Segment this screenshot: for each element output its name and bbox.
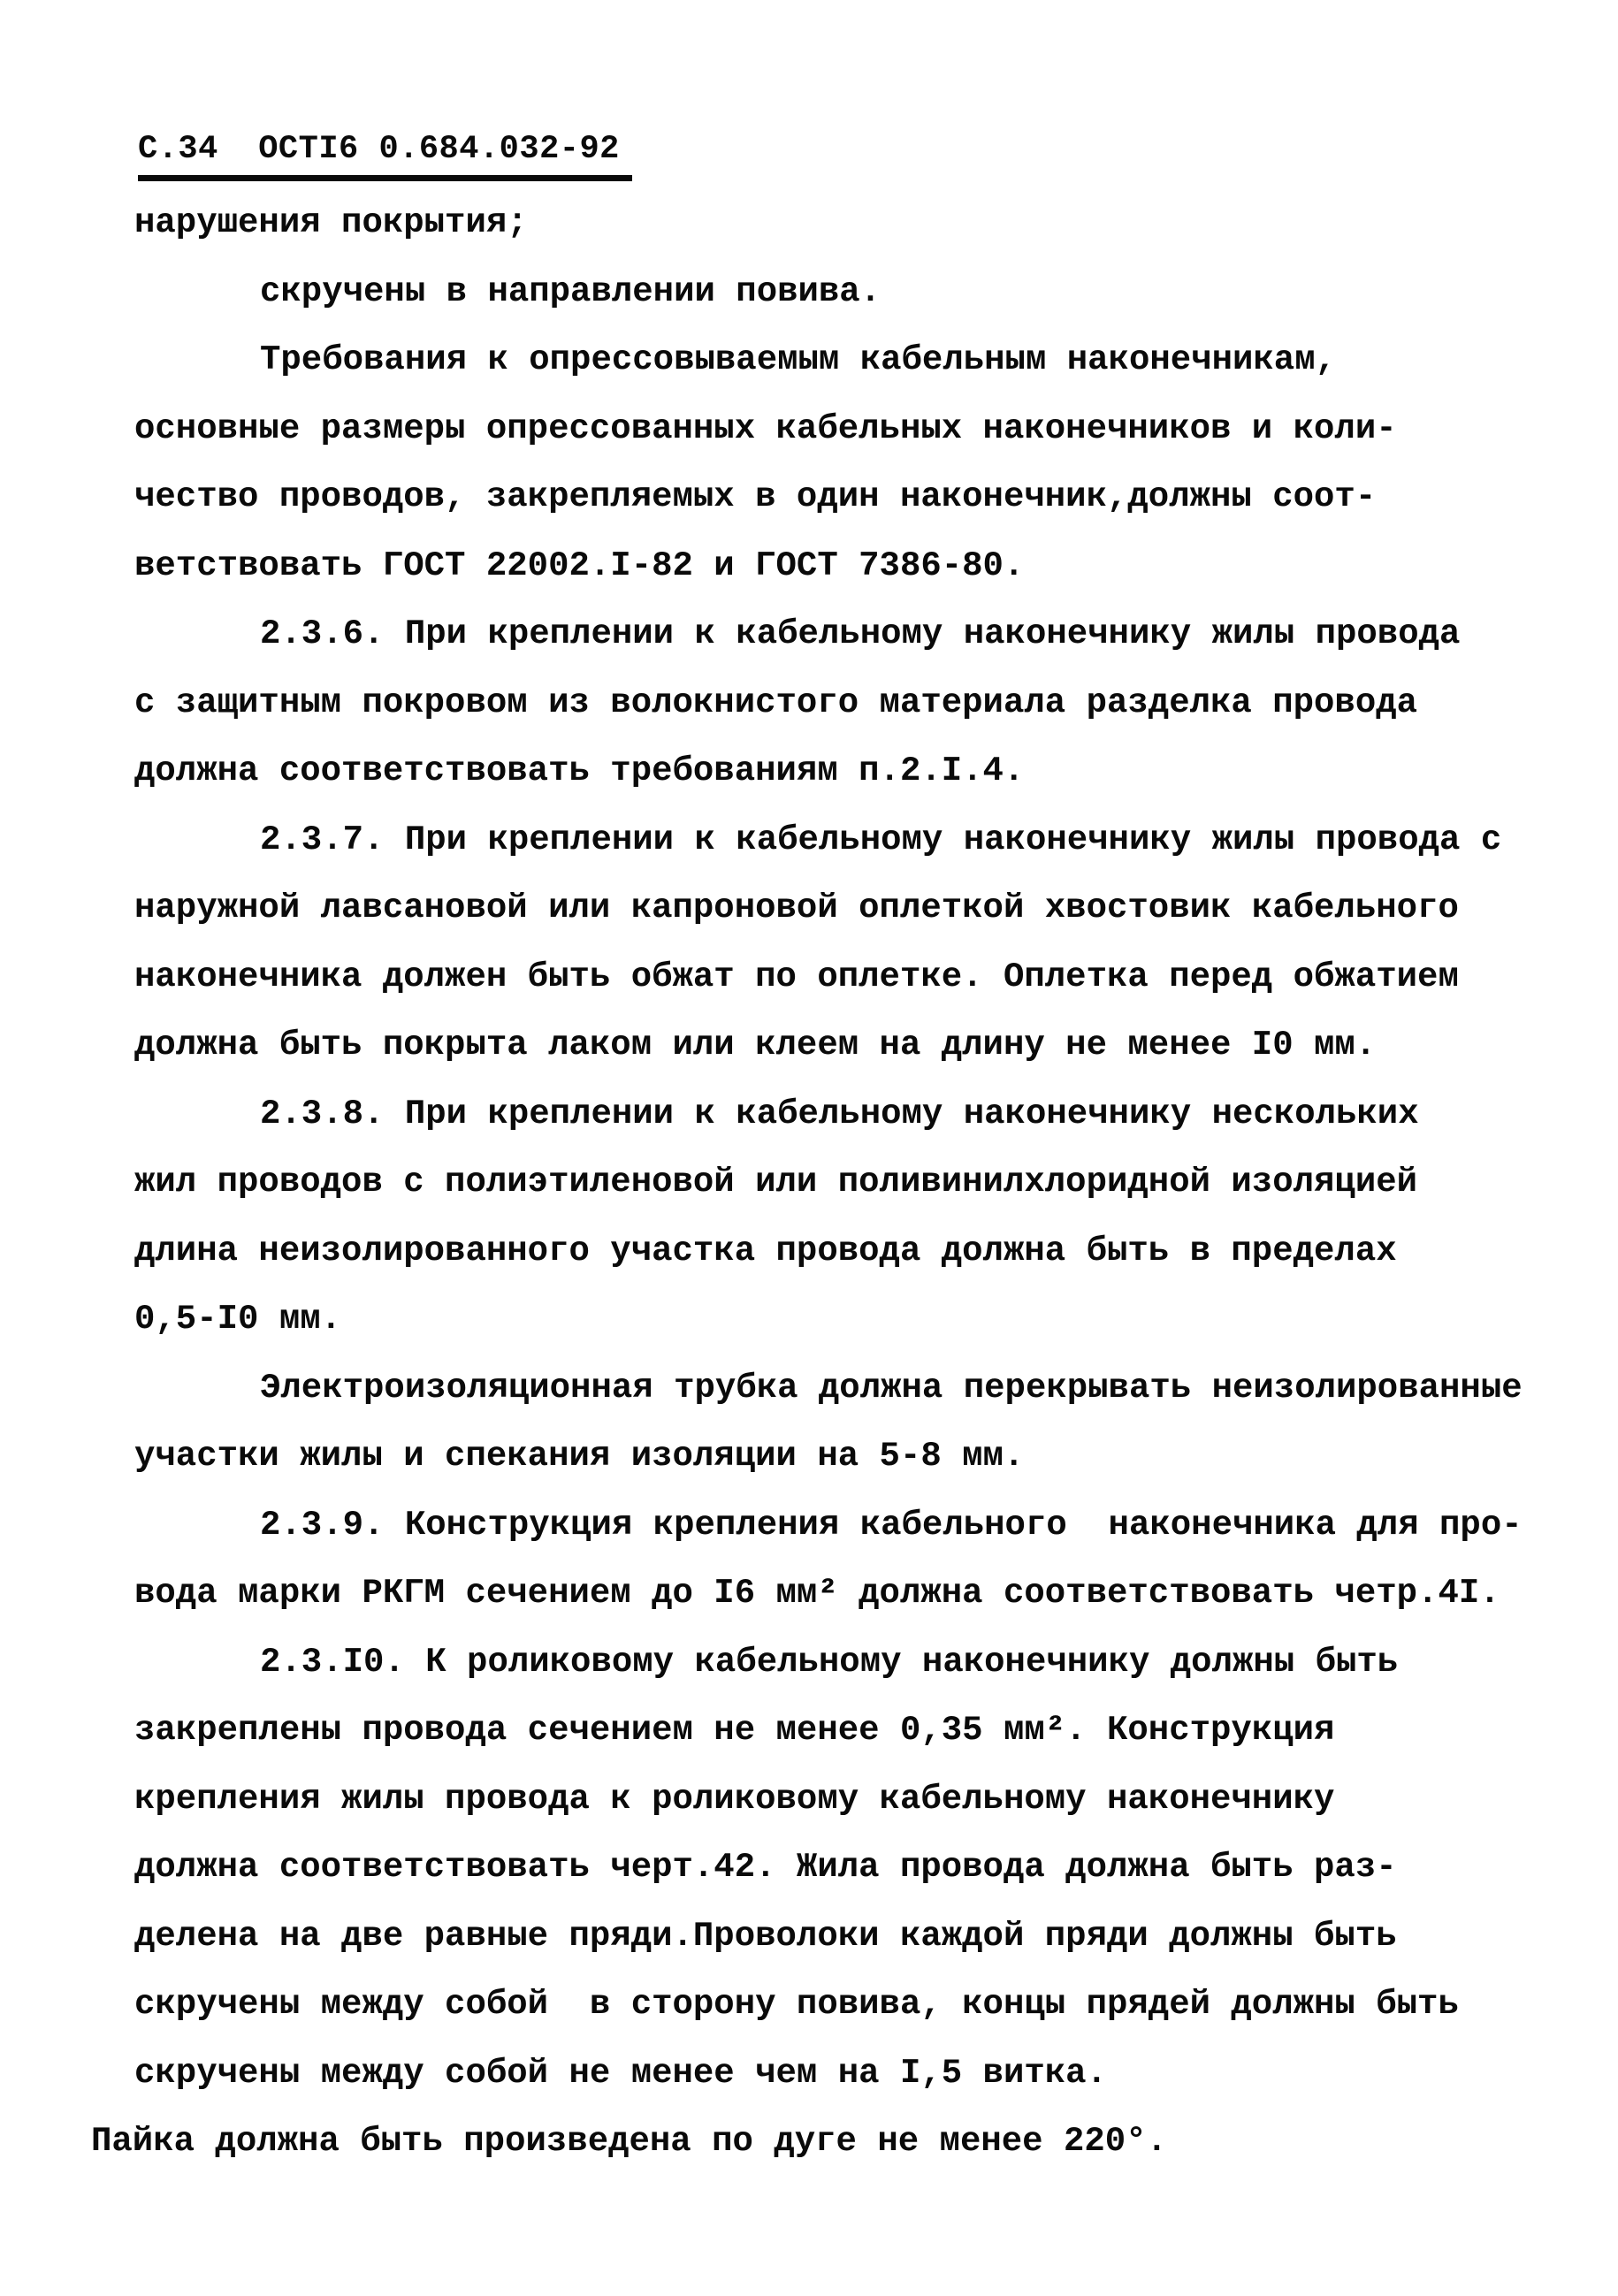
text-line: жил проводов с полиэтиленовой или поливи… <box>134 1148 1567 1217</box>
text-line: 2.3.I0. К роликовому кабельному наконечн… <box>134 1629 1567 1697</box>
document-body: нарушения покрытия; скручены в направлен… <box>134 189 1567 2177</box>
text-line: крепления жилы провода к роликовому кабе… <box>134 1766 1567 1835</box>
text-line: 2.3.7. При креплении к кабельному наконе… <box>134 806 1567 875</box>
text-line: длина неизолированного участка провода д… <box>134 1217 1567 1286</box>
text-line: Требования к опрессовываемым кабельным н… <box>134 326 1567 395</box>
text-line: ветствовать ГОСТ 22002.I-82 и ГОСТ 7386-… <box>134 532 1567 601</box>
text-line: нарушения покрытия; <box>134 189 1567 258</box>
text-line: скручены между собой в сторону повива, к… <box>134 1971 1567 2040</box>
text-line: закреплены провода сечением не менее 0,3… <box>134 1697 1567 1766</box>
text-line: 0,5-I0 мм. <box>134 1285 1567 1354</box>
text-line: скручены между собой не менее чем на I,5… <box>134 2040 1567 2109</box>
text-line: чество проводов, закрепляемых в один нак… <box>134 463 1567 532</box>
text-line: вода марки РКГМ сечением до I6 мм² должн… <box>134 1560 1567 1629</box>
text-line: Пайка должна быть произведена по дуге не… <box>91 2108 1567 2177</box>
page-header: С.34 ОСТI6 0.684.032-92 <box>138 131 632 181</box>
text-line: участки жилы и спекания изоляции на 5-8 … <box>134 1423 1567 1491</box>
text-line: должна соответствовать черт.42. Жила про… <box>134 1834 1567 1903</box>
text-line: делена на две равные пряди.Проволоки каж… <box>134 1903 1567 1972</box>
text-line: 2.3.8. При креплении к кабельному наконе… <box>134 1080 1567 1149</box>
text-line: Электроизоляционная трубка должна перекр… <box>134 1354 1567 1423</box>
text-line: скручены в направлении повива. <box>134 258 1567 327</box>
text-line: 2.3.9. Конструкция крепления кабельного … <box>134 1491 1567 1560</box>
scanned-document-page: С.34 ОСТI6 0.684.032-92 нарушения покрыт… <box>0 0 1618 2296</box>
text-line: 2.3.6. При креплении к кабельному наконе… <box>134 600 1567 669</box>
text-line: основные размеры опрессованных кабельных… <box>134 395 1567 464</box>
text-line: с защитным покровом из волокнистого мате… <box>134 669 1567 738</box>
text-line: наконечника должен быть обжат по оплетке… <box>134 943 1567 1012</box>
text-line: должна быть покрыта лаком или клеем на д… <box>134 1011 1567 1080</box>
text-line: должна соответствовать требованиям п.2.I… <box>134 737 1567 806</box>
text-line: наружной лавсановой или капроновой оплет… <box>134 874 1567 943</box>
